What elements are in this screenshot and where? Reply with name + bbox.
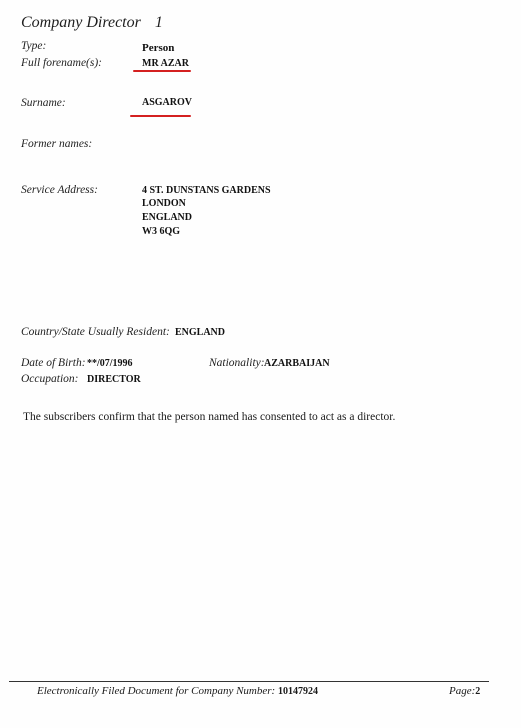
surname-value: ASGAROV	[142, 97, 192, 108]
section-title: Company Director 1	[21, 14, 163, 32]
dob-value: **/07/1996	[87, 358, 133, 369]
page-indicator: Page:2	[449, 685, 480, 697]
address-line-4: W3 6QG	[142, 226, 180, 237]
country-label: Country/State Usually Resident:	[21, 326, 170, 338]
country-value: ENGLAND	[175, 327, 225, 338]
address-line-2: LONDON	[142, 198, 186, 209]
forename-value: MR AZAR	[142, 58, 189, 69]
page-label: Page:	[449, 685, 475, 697]
surname-red-underline	[130, 115, 191, 117]
section-number: 1	[155, 14, 163, 31]
page-number: 2	[475, 686, 480, 697]
company-number: 10147924	[278, 686, 318, 697]
service-address-label: Service Address:	[21, 184, 98, 196]
footer-label: Electronically Filed Document for Compan…	[37, 685, 275, 697]
footer-text: Electronically Filed Document for Compan…	[37, 685, 318, 697]
dob-label: Date of Birth:	[21, 357, 86, 369]
consent-statement: The subscribers confirm that the person …	[23, 411, 395, 423]
forename-red-underline	[133, 70, 191, 72]
nationality-label: Nationality:	[209, 357, 265, 369]
address-line-1: 4 ST. DUNSTANS GARDENS	[142, 185, 271, 196]
surname-label: Surname:	[21, 97, 66, 109]
type-label: Type:	[21, 40, 46, 52]
footer-divider	[9, 681, 489, 682]
section-title-text: Company Director	[21, 14, 141, 31]
forename-label: Full forename(s):	[21, 57, 102, 69]
occupation-label: Occupation:	[21, 373, 78, 385]
former-names-label: Former names:	[21, 138, 92, 150]
address-line-3: ENGLAND	[142, 212, 192, 223]
nationality-value: AZARBAIJAN	[264, 358, 330, 369]
occupation-value: DIRECTOR	[87, 374, 141, 385]
type-value: Person	[142, 42, 174, 54]
